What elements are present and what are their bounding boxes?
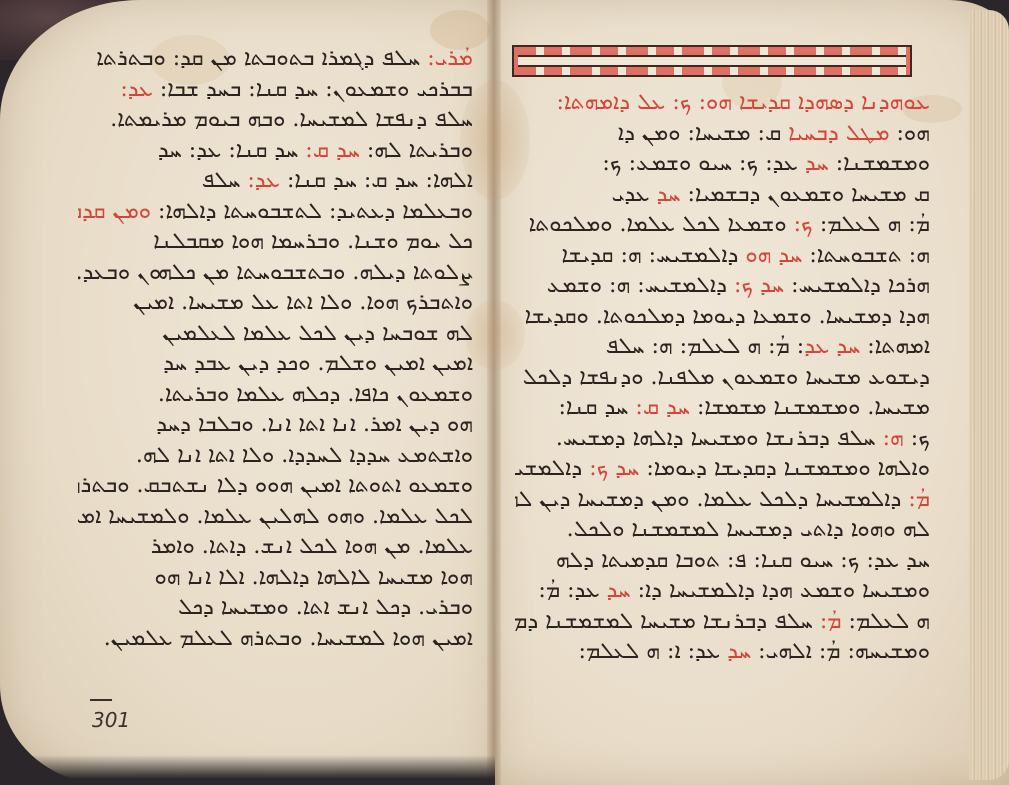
text-line: ܐܡܝܢ ܗܘܐ ܠܡܫܝܚܐ. ܘܒܬܪܗ ܠܥܠܡ ܥܠܡܝܢ.: [78, 624, 473, 655]
text-line: ܘܡܫܝܚܗ: ܡܳ: ܐܠܗܝ: ܚܕ ܥܕ: ܐ: ܗ ܠܥܠܡ:: [515, 637, 930, 668]
text-line: ܥܠܡܐ. ܡܢ ܗܘܐ ܠܟܠ ܐܢܫ. ܕܐܬܐ. ܘܐܡܪ: [78, 532, 473, 563]
rubric-text: ܚܕ ܗܘ: [745, 243, 802, 268]
page-edges: [969, 10, 1009, 780]
rubric-text: ܟ:: [794, 212, 813, 237]
text-line: ܚܕ ܥܕ: ܟ: ܚܝܘ ܩܢܐ: ܦ: ܬܘܒܐ ܩܕܡܝܬܐ ܕܠܗ: [515, 546, 930, 577]
text-line: ܘܫܡܥܘ ܐܬܘܬܐ ܐܡܝܢ ܗܘܘ ܕܠܐ ܢܫܬܒܩ. ܘܒܬܪܗ: [78, 471, 473, 502]
text-line: ܐܡܝܢ ܐܡܝܢ ܘܫܠܡ. ܘܟܕ ܕܝܢ ܥܒܕ ܚܕ: [78, 349, 473, 380]
text-line: ܘܫܡܥܘܢ ܟܐܦܐ. ܕܟܠܗ ܥܠܡܐ ܘܒܪܝܬܐ.: [78, 380, 473, 411]
rubric-text: ܚܕ: [805, 151, 829, 176]
text-line: ܡܫܝܚܐ. ܘܡܫܡܫܢܐ ܡܫܡܫܐ: ܚܕ ܩ: ܚܕ ܩܢܐ:: [515, 393, 930, 424]
rubric-text: ܚܕ ܩ:: [305, 138, 360, 163]
text-line: ܡܳܪܝ: ܚܠܦ ܕܓܡܪܐ ܒܬܘܒܬܐ ܡܢ ܩܕ: ܘܒܬܪܬܐ: [78, 44, 473, 75]
rubric-text: ܚܕ ܩ:: [635, 395, 690, 420]
rubric-text: ܥܕ:: [120, 77, 153, 102]
text-line: ܘܐܠܗܐ ܘܡܫܡܫܢܐ ܕܩܕܝܫܐ ܕܝܘܡܐ: ܚܕ ܟ: ܕܐܠܡܫܝ…: [515, 454, 930, 485]
text-line: ܘܐܬܒܪܟ ܗܘܐ. ܘܠܐ ܐܬܐ ܥܠ ܡܫܝܚܐ. ܐܡܝܢ: [78, 288, 473, 319]
text-line: ܘܡܫܝܚܐ ܘܫܡܥ ܗܕܐ ܕܐܠܡܫܝܚܐ ܕܐ: ܚܕ ܥܕ: ܡܳ:: [515, 576, 930, 607]
decorative-headpiece: [512, 45, 912, 77]
rubric-text: ܡܳ:: [820, 609, 842, 634]
text-line: ܘܒܪܝܬܐ ܠܗ: ܚܕ ܩ: ܚܕ ܩܢܐ: ܥܕ: ܚܕ: [78, 136, 473, 167]
text-line: ܕܝܫܘܥ ܡܫܝܚܐ ܘܫܡܥܘܢ ܡܠܦܢܐ. ܘܕܢܦܫܐ ܕܠܟܠ: [515, 363, 930, 394]
text-line: ܗ: ܬܫܒܘܚܬܐ: ܚܕ ܗܘ ܕܐܠܡܫܝܚ: ܗ: ܩܕܝܫܐ: [515, 241, 930, 272]
text-line: ܟܠ ܝܘܡ ܘܫܢܐ. ܘܒܪܚܡܐ ܗܘܐ ܡܩܒܠܢܐ: [78, 227, 473, 258]
rubric-text: ܚܕ: [727, 639, 751, 664]
rubric-text: ܥܕ:: [247, 168, 280, 193]
text-line: ܗܘܐ ܡܫܝܚܐ ܠܐܠܗܐ ܕܐܠܗܐ. ܐܠܐ ܐܢܐ ܗܘ: [78, 563, 473, 594]
text-line: ܡܳ: ܕܐܠܡܫܝܚܐ ܕܠܟܠ ܥܠܡܐ. ܘܡܢ ܕܡܫܝܚܐ ܕܝܢ ܠ…: [515, 485, 930, 516]
text-line: ܘܡܫܡܫܢܐ: ܚܕ ܥܕ: ܟ: ܚܝܘ ܘܫܡܥ: ܟ:: [515, 149, 930, 180]
left-page-text: ܡܳܪܝ: ܚܠܦ ܕܓܡܪܐ ܒܬܘܒܬܐ ܡܢ ܩܕ: ܘܒܬܪܬܐ ܒܒܪ…: [78, 44, 473, 654]
rubric-text: ܚܕ: [607, 578, 631, 603]
text-line: ܗܘ: ܡܛܠ ܕܒܚܝܐ ܩ: ܡܫܝܚܐ: ܘܡܢ ܕܐ: [515, 119, 930, 150]
text-line: ܘܒܪܝ. ܕܟܠ ܐܢܫ ܐܬܐ. ܘܡܫܝܚܐ ܕܟܠ: [78, 593, 473, 624]
manuscript-photo: ܡܳܪܝ: ܚܠܦ ܕܓܡܪܐ ܒܬܘܒܬܐ ܡܢ ܩܕ: ܘܒܬܪܬܐ ܒܒܪ…: [0, 0, 1009, 785]
rubric-line: ܥܘܗܕܢܐ ܕܣܗܕܐ ܩܕܝܫܐ ܗܘ: ܟ: ܥܠ ܕܐܡܗܬܐ:: [515, 88, 930, 119]
folio-number: 301: [92, 708, 130, 732]
text-line: ܡܳ: ܗ ܠܥܠܡ: ܟ: ܘܫܡܥܐ ܠܟܠ ܥܠܡܐ. ܘܡܠܟܘܬܐ: [515, 210, 930, 241]
rubric-text: ܡܳ:: [908, 487, 930, 512]
rubric-text: ܚܕ ܥܕ: [804, 334, 860, 359]
text-line: ܩ ܡܫܝܚܐ ܘܫܡܥܘܢ ܕܒܫܡܝܐ: ܚܕ ܥܕܝ: [515, 180, 930, 211]
text-line: ܟ: ܗ: ܚܠܦ ܕܒܪܢܫܐ ܘܡܫܝܚܐ ܕܐܠܗܐ ܕܡܫܝܚ.: [515, 424, 930, 455]
text-line: ܐܠܗܐ: ܚܕ ܩ: ܚܕ ܩܢܐ: ܥܕ: ܚܠܦ: [78, 166, 473, 197]
text-line: ܚܠܦ ܕܢܦܫܐ ܠܡܫܝܚܐ. ܘܒܗ ܒܝܘܡ ܡܪܝܡܬܐ.: [78, 105, 473, 136]
text-line: ܘܐܫܬܡܥ ܚܕܕܐ ܠܚܕܕܐ. ܘܠܐ ܐܬܐ ܐܢܐ ܠܗ.: [78, 441, 473, 472]
text-line: ܗܘ ܕܝܢ ܐܡܪ. ܐܢܐ ܐܬܐ ܐܢܐ. ܘܒܠܒܐ ܕܚܕ: [78, 410, 473, 441]
rubric-text: ܗ:: [883, 426, 904, 451]
rubric-text: ܚܕ ܟ:: [734, 273, 784, 298]
text-line: ܗܪܟܐ ܕܐܠܡܫܝܚ: ܚܕ ܟ: ܕܐܠܡܫܝܚ: ܗ: ܘܫܡܥ: [515, 271, 930, 302]
text-line: ܘܒܥܠܡܐ ܕܥܬܝܕ: ܠܬܫܒܘܚܬܐ ܕܐܠܗܐ: ܘܡܢ ܩܕܡ: [78, 197, 473, 228]
rubric-text: ܚܕ: [657, 182, 681, 207]
table-surface: [0, 755, 495, 785]
text-line: ܗ ܠܥܠܡ: ܡܳ: ܚܠܦ ܕܒܪܢܫܐ ܡܫܝܚܐ ܠܡܫܡܫܢܐ ܕܡ: [515, 607, 930, 638]
rubric-text: ܚܕ ܟ:: [589, 456, 639, 481]
rubric-text: ܘܡܢ ܩܕܡ: [78, 199, 151, 224]
text-line: ܐܡܗܬܐ: ܚܕ ܥܕ: ܡܳ: ܗ ܠܥܠܡ: ܗ: ܚܠܦ: [515, 332, 930, 363]
folio-mark: [90, 699, 112, 701]
text-line: ܠܗ ܘܗܘܐ ܕܐܬܝ ܕܡܫܝܚܐ ܠܡܫܡܫܢܐ ܘܠܟܠ.: [515, 515, 930, 546]
text-line: ܠܟܠ ܥܠܡܐ. ܘܗܘ ܠܗܠܝܢ ܥܠܡܐ. ܘܠܡܫܝܚܐ ܐܡܝܢ: [78, 502, 473, 533]
text-line: ܗܕܐ ܕܡܫܝܚܐ. ܘܫܡܥܐ ܕܝܘܡܐ ܕܡܠܟܘܬܐ. ܘܩܕܝܫܐ: [515, 302, 930, 333]
rubric-text: ܡܳܪܝ:: [427, 46, 473, 71]
text-line: ܨܠܘܬܐ ܕܝܠܗ. ܘܒܬܫܒܘܚܬܐ ܡܢ ܟܠܗܘܢ ܘܒܥܕ.: [78, 258, 473, 289]
right-page-text: ܥܘܗܕܢܐ ܕܣܗܕܐ ܩܕܝܫܐ ܗܘ: ܟ: ܥܠ ܕܐܡܗܬܐ: ܗܘ:…: [515, 88, 930, 668]
rubric-text: ܡܛܠ ܕܒܚܝܐ: [788, 121, 889, 146]
text-line: ܒܒܪܟܝ ܘܫܡܥܘܢ: ܚܕ ܩܢܐ: ܒܚܕ ܫܒܐ: ܥܕ:: [78, 75, 473, 106]
text-line: ܠܗ ܫܘܒܚܐ ܕܝܢ ܠܟܠ ܥܠܡܐ ܠܥܠܡܝܢ: [78, 319, 473, 350]
